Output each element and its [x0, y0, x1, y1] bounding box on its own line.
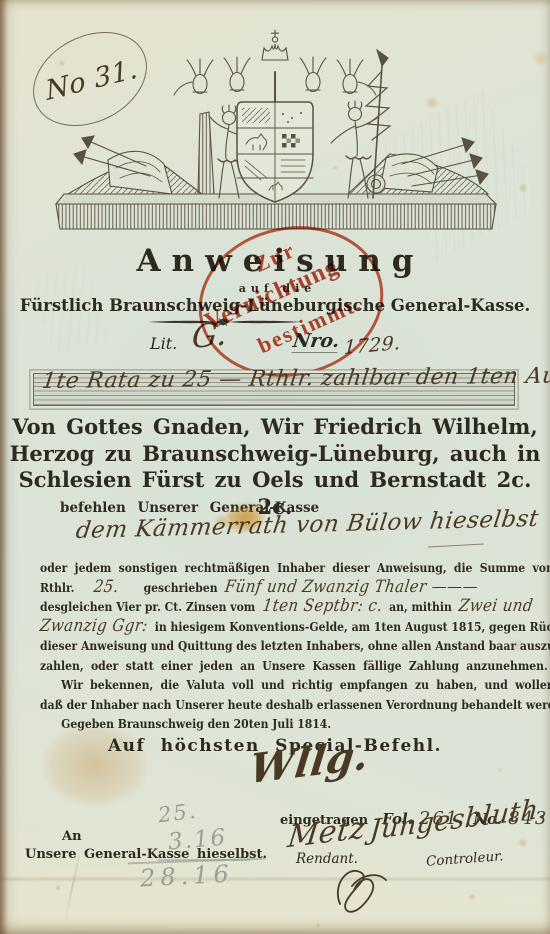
lit-label: Lit.: [150, 334, 177, 353]
horizontal-crease: [0, 876, 550, 882]
body-line-1: oder jedem sonstigen rechtmäßigen Inhabe…: [40, 558, 511, 578]
rata-handwritten-line: 1te Rata zu 25 — Rthlr. zahlbar den 1ten…: [40, 362, 550, 394]
signature-paraph-flourish: [330, 860, 394, 918]
controleur-signature-handwritten: Jungesbluth.: [369, 793, 549, 846]
body-handwritten-interest: Zwei und: [458, 597, 535, 617]
body-line-4: Zwanzig Ggr:in hiesigem Konventions-Geld…: [40, 617, 511, 637]
body-line-6: zahlen, oder statt einer jeden an Unsere…: [40, 656, 511, 676]
address-pencil-line: [158, 859, 250, 861]
body-line-3: desgleichen Vier pr. Ct. Zinsen vom1ten …: [40, 597, 511, 617]
body-print: geschrieben: [144, 580, 218, 595]
pencil-sum-total: 28.16: [139, 860, 234, 893]
controleur-role-label: Controleur.: [426, 848, 504, 869]
body-handwritten-amount-words: Fünf und Zwanzig Thaler ———: [223, 578, 479, 598]
document-scan: No 31.: [0, 0, 550, 934]
body-handwritten-amount: 25.: [92, 578, 120, 598]
pencil-amount-1: 25.: [157, 799, 199, 828]
body-print: desgleichen Vier pr. Ct. Zinsen vom: [40, 599, 255, 614]
proclamation-line-1: Von Gottes Gnaden, Wir Friedrich Wilhelm…: [0, 414, 550, 441]
body-paragraph: oder jedem sonstigen rechtmäßigen Inhabe…: [40, 558, 511, 734]
body-line-8: daß der Inhaber nach Unserer heute desha…: [40, 695, 511, 715]
proclamation-line-2: Herzog zu Braunschweig-Lüneburg, auch in: [0, 441, 550, 468]
recipient-flourish-line: [428, 544, 484, 548]
body-handwritten-date: 1ten Septbr: c.: [261, 597, 383, 617]
body-print: Rthlr.: [40, 580, 74, 595]
braunschweig-coat-of-arms: [50, 26, 500, 238]
body-line-7: Wir bekennen, die Valuta voll und richti…: [40, 675, 511, 695]
body-print: in hiesigem Konventions-Gelde, am 1ten A…: [155, 619, 550, 634]
body-line-5: dieser Anweisung und Quittung des letzte…: [40, 636, 511, 656]
body-line-9: Gegeben Braunschweig den 20ten Juli 1814…: [40, 714, 511, 734]
body-line-2: Rthlr.25.geschriebenFünf und Zwanzig Tha…: [40, 578, 511, 598]
body-print: an, mithin: [389, 599, 452, 614]
address-line-1: An: [62, 829, 82, 844]
body-handwritten-groschen: Zwanzig Ggr:: [39, 617, 149, 637]
